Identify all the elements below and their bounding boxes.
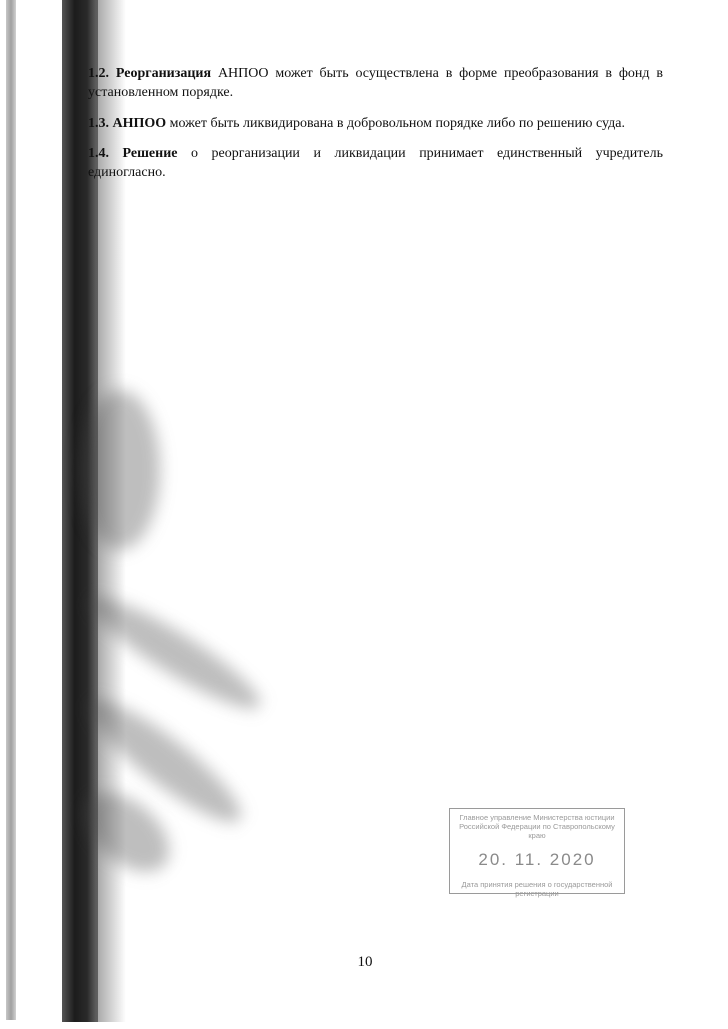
paragraph-number: 1.2.	[88, 66, 109, 81]
scan-smudge	[80, 390, 160, 550]
stamp-caption: Дата принятия решения о государственной …	[450, 880, 624, 898]
paragraph-liquidation: 1.3. АНПОО может быть ликвидирована в до…	[88, 114, 663, 133]
scan-edge-strip	[6, 0, 16, 1020]
paragraph-lead: Решение	[123, 146, 178, 161]
registration-stamp: Главное управление Министерства юстиции …	[449, 808, 625, 894]
paragraph-lead: АНПОО	[113, 116, 167, 131]
stamp-date: 20. 11. 2020	[450, 850, 624, 870]
paragraph-number: 1.3.	[88, 116, 109, 131]
paragraph-lead: Реорганизация	[116, 66, 211, 81]
paragraph-text: может быть ликвидирована в добровольном …	[166, 116, 625, 131]
page-number: 10	[340, 954, 390, 971]
stamp-organization: Главное управление Министерства юстиции …	[450, 813, 624, 840]
paragraph-number: 1.4.	[88, 146, 109, 161]
paragraph-reorganization: 1.2. Реорганизация АНПОО может быть осущ…	[88, 64, 663, 102]
paragraph-decision: 1.4. Решение о реорганизации и ликвидаци…	[88, 144, 663, 182]
